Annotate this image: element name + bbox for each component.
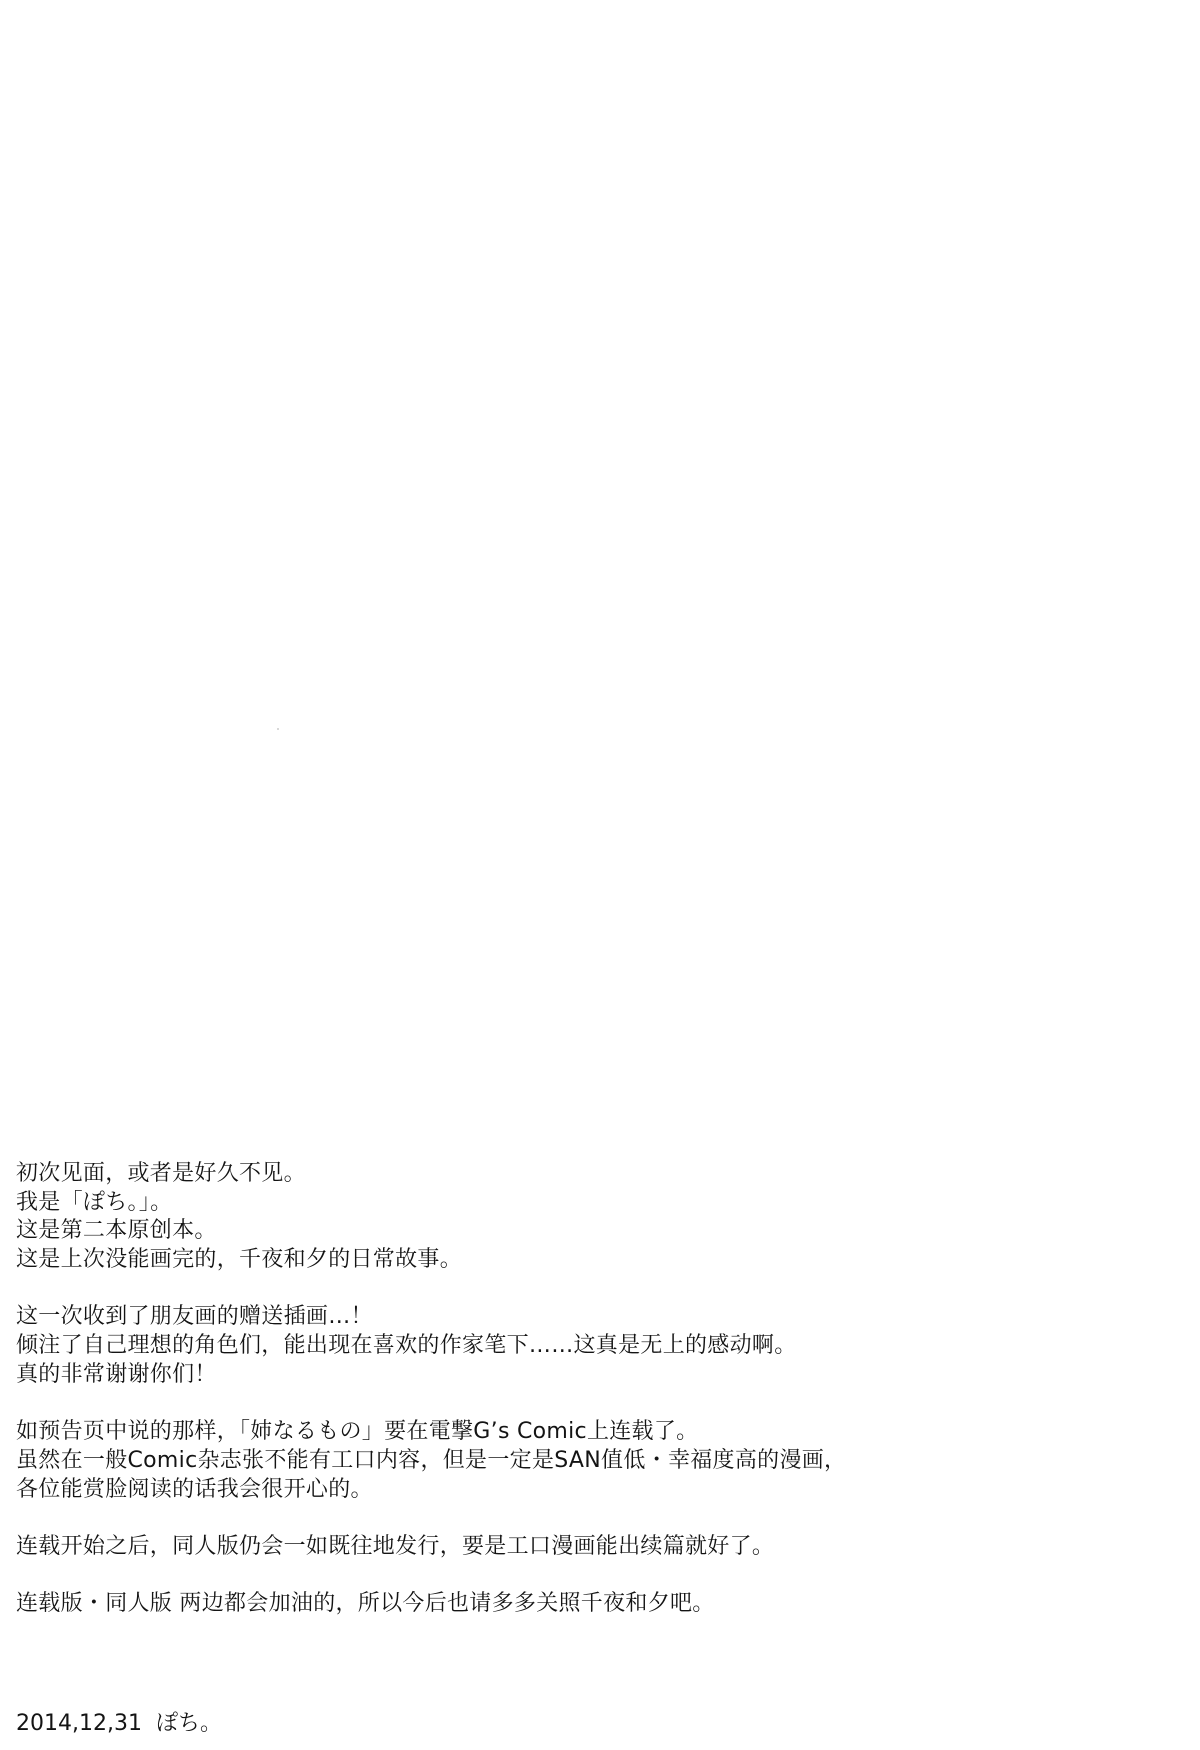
paragraph-gap: [16, 1390, 1186, 1419]
scan-speck: [277, 728, 279, 730]
document-page: 初次见面，或者是好久不见。 我是「ぽち。」。 这是第二本原创本。 这是上次没能画…: [0, 0, 1200, 1750]
text-line: 真的非常谢谢你们！: [16, 1361, 1186, 1390]
text-line: 这是上次没能画完的，千夜和夕的日常故事。: [16, 1246, 1186, 1275]
signature: 2014,12,31ぽち。: [16, 1710, 222, 1738]
signature-date: 2014,12,31: [16, 1711, 142, 1736]
text-line: 虽然在一般Comic杂志张不能有工口内容，但是一定是SAN值低・幸福度高的漫画，: [16, 1447, 1186, 1476]
text-line: 连载版・同人版 两边都会加油的，所以今后也请多多关照千夜和夕吧。: [16, 1590, 1186, 1619]
paragraph-greeting: 初次见面，或者是好久不见。 我是「ぽち。」。 这是第二本原创本。 这是上次没能画…: [16, 1160, 1186, 1275]
paragraph-gap: [16, 1275, 1186, 1304]
text-line: 这一次收到了朋友画的赠送插画…！: [16, 1303, 1186, 1332]
afterword-text: 初次见面，或者是好久不见。 我是「ぽち。」。 这是第二本原创本。 这是上次没能画…: [16, 1160, 1186, 1619]
paragraph-gap: [16, 1562, 1186, 1591]
paragraph-serialization: 如预告页中说的那样，「姉なるもの」要在電撃G’s Comic上连载了。 虽然在一…: [16, 1418, 1186, 1504]
paragraph-doujin-continuation: 连载开始之后，同人版仍会一如既往地发行，要是工口漫画能出续篇就好了。: [16, 1533, 1186, 1562]
text-line: 各位能赏脸阅读的话我会很开心的。: [16, 1476, 1186, 1505]
signature-author: ぽち。: [156, 1711, 222, 1736]
paragraph-gap: [16, 1504, 1186, 1533]
text-line: 这是第二本原创本。: [16, 1217, 1186, 1246]
paragraph-thanks: 这一次收到了朋友画的赠送插画…！ 倾注了自己理想的角色们，能出现在喜欢的作家笔下…: [16, 1303, 1186, 1389]
text-line: 倾注了自己理想的角色们，能出现在喜欢的作家笔下……这真是无上的感动啊。: [16, 1332, 1186, 1361]
text-line: 连载开始之后，同人版仍会一如既往地发行，要是工口漫画能出续篇就好了。: [16, 1533, 1186, 1562]
text-line: 我是「ぽち。」。: [16, 1189, 1186, 1218]
text-line: 初次见面，或者是好久不见。: [16, 1160, 1186, 1189]
paragraph-closing: 连载版・同人版 两边都会加油的，所以今后也请多多关照千夜和夕吧。: [16, 1590, 1186, 1619]
text-line: 如预告页中说的那样，「姉なるもの」要在電撃G’s Comic上连载了。: [16, 1418, 1186, 1447]
